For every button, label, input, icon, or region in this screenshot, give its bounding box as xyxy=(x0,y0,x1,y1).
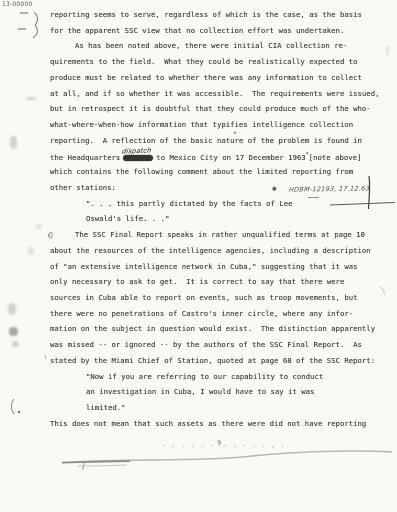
text-line: produce must be related to whether there… xyxy=(50,73,391,89)
redacted-word-blot: dispatch xyxy=(123,155,153,162)
insertion-caret-mark: + xyxy=(233,129,237,137)
quote-line: "Now if you are referring to our capabil… xyxy=(50,372,391,388)
text-line: As has been noted above, there were init… xyxy=(50,41,391,57)
text-line-with-redaction: the Headquartersdispatchto Mexico City o… xyxy=(50,151,391,167)
margin-smudge xyxy=(8,303,16,315)
text-line: was missed -- or ignored -- by the autho… xyxy=(50,340,391,356)
margin-annotation-text: HDBM-12193, 17.12.63 xyxy=(288,184,370,193)
handwritten-margin-annotation: ✱HDBM-12193, 17.12.63 xyxy=(272,176,370,195)
text-line: quirements to the field. What they could… xyxy=(50,57,391,73)
quote-line: ". . . this partly dictated by the facts… xyxy=(50,199,391,215)
quote-line: an investigation in Cuba, I would have t… xyxy=(50,387,391,403)
text-line: of "an extensive intelligence network in… xyxy=(50,262,391,278)
text-line: reporting. A reflection of the basic nat… xyxy=(50,136,391,152)
tick-mark xyxy=(45,355,46,359)
margin-smudge xyxy=(26,97,36,100)
margin-smudge xyxy=(10,136,17,149)
bottom-smear-line xyxy=(62,451,392,463)
text-line: at all, and if so whether it was accessi… xyxy=(50,89,391,105)
erasure-smudge: - . - . . , . xyxy=(223,442,286,449)
text-line: The SSC Final Report speaks in rather un… xyxy=(50,230,391,246)
handwritten-correction: dispatch xyxy=(121,146,152,156)
line-post-text: to Mexico City on 17 December 1963 xyxy=(156,153,305,162)
asterisk-mark: ✱ xyxy=(271,184,277,194)
document-id-number: 13-00000 xyxy=(2,1,33,8)
bottom-smear-tick xyxy=(83,461,86,470)
quote-line: Oswald's life. . ." xyxy=(50,214,391,230)
typewritten-text-column: reporting seems to serve, regardless of … xyxy=(50,10,391,434)
brace-pen-mark xyxy=(33,12,38,38)
page-number: 9 xyxy=(217,439,221,447)
text-line: mation on the subject in question would … xyxy=(50,324,391,340)
text-line: about the resources of the intelligence … xyxy=(50,246,391,262)
line-pre-text: the Headquarters xyxy=(50,153,120,162)
bottom-smear-dark-segment xyxy=(62,461,130,463)
scanned-document-page: 13-00000 reporting seems to serve, regar… xyxy=(0,0,397,512)
margin-smudge xyxy=(12,341,19,347)
margin-smudge xyxy=(28,247,34,255)
margin-pen-blot xyxy=(9,327,18,336)
text-line: sources in Cuba able to report on events… xyxy=(50,293,391,309)
pen-dot xyxy=(18,411,20,413)
text-line: for the apparent SSC view that no collec… xyxy=(50,26,391,42)
text-line: only necessary to ask to get. It is corr… xyxy=(50,277,391,293)
text-line: there were no penetrations of Castro's i… xyxy=(50,309,391,325)
erasure-smudge: - . . . . - xyxy=(162,442,215,449)
edge-smudge xyxy=(386,46,389,56)
margin-smudge xyxy=(36,224,42,229)
pen-overline-mark xyxy=(308,197,319,198)
text-line: what-where-when-how information that typ… xyxy=(50,120,391,136)
text-line: stated by the Miami Chief of Station, qu… xyxy=(50,356,391,372)
text-line: but in retrospect it is doubtful that th… xyxy=(50,104,391,120)
bottom-smear-faint xyxy=(78,465,127,466)
text-line: reporting seems to serve, regardless of … xyxy=(50,10,391,26)
smudged-page-number: - . . . . -9- . - . . , . xyxy=(162,432,286,451)
paren-pen-mark xyxy=(11,399,14,414)
quote-line: limited." xyxy=(50,403,391,419)
note-reference: [note above] xyxy=(309,153,362,162)
